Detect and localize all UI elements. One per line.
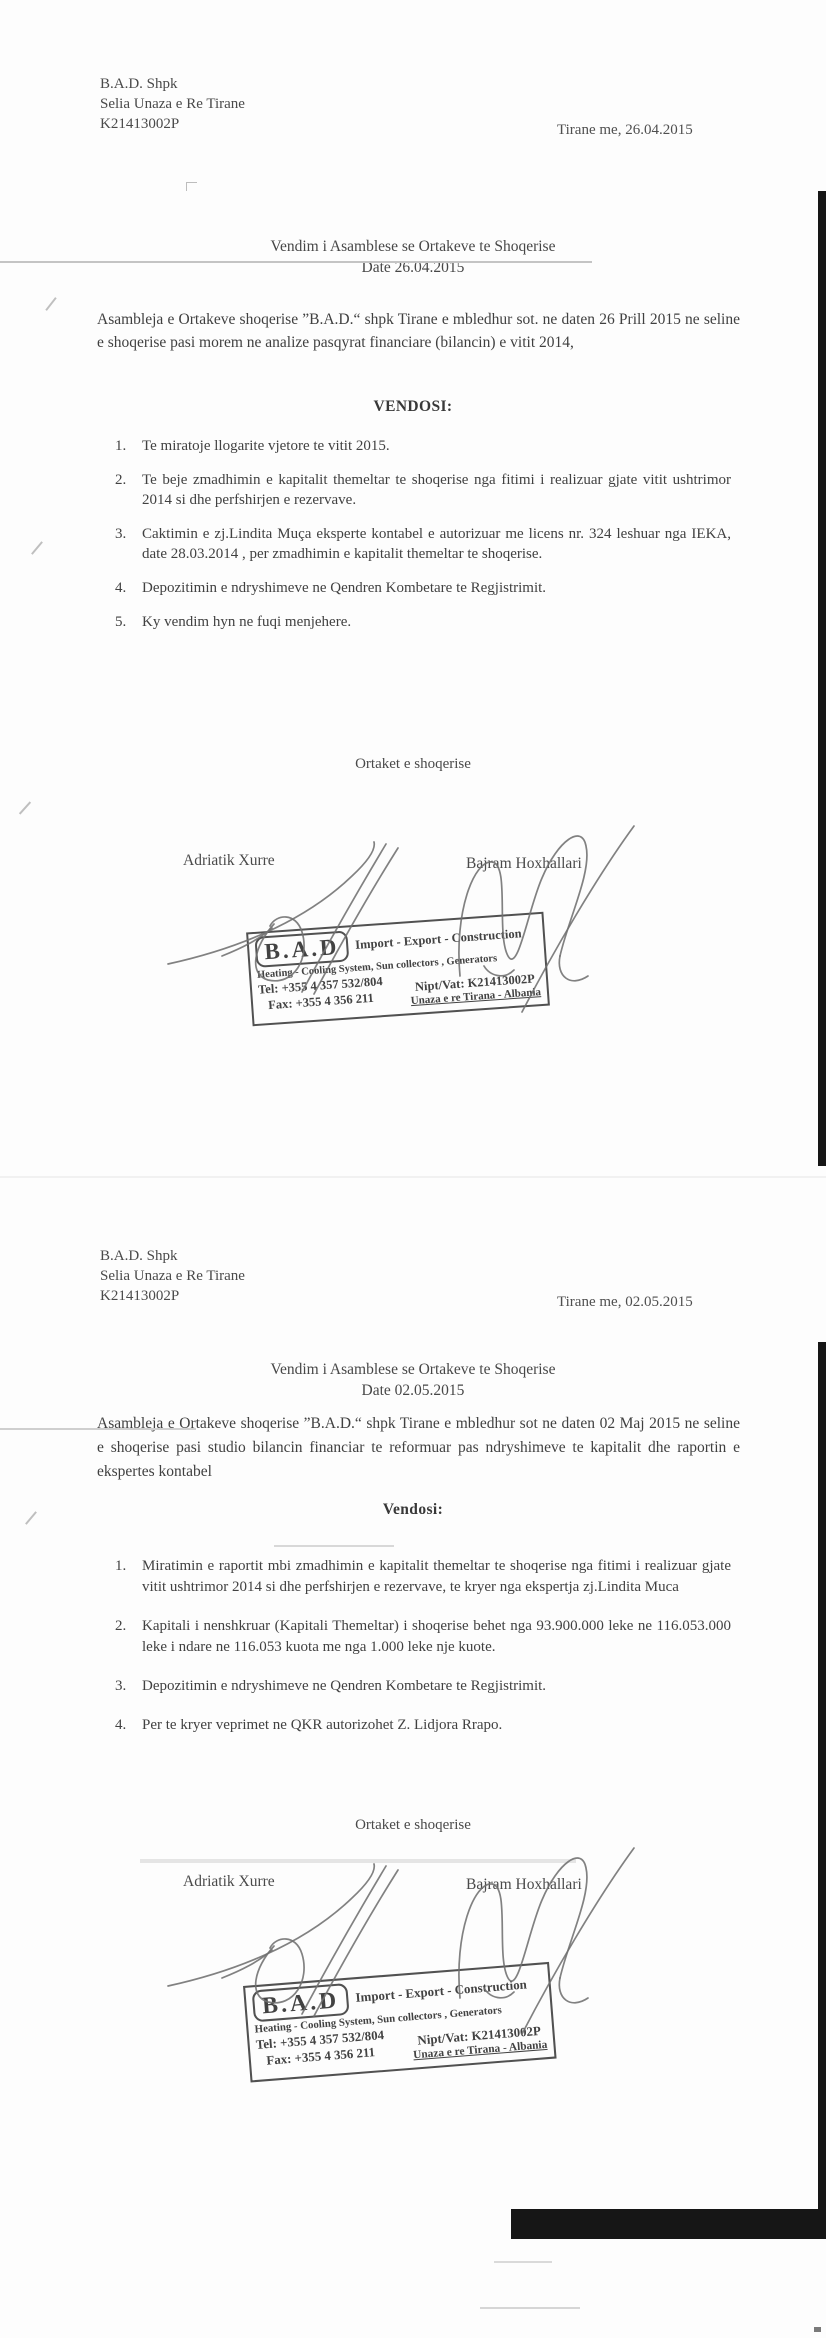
- item-text: Caktimin e zj.Lindita Muça eksperte kont…: [142, 524, 731, 564]
- item-number: 1.: [115, 436, 142, 456]
- scan-bottom-bar: [511, 2209, 826, 2239]
- list-item: 4. Per te kryer veprimet ne QKR autorizo…: [115, 1715, 731, 1736]
- closing-line: Ortaket e shoqerise: [43, 756, 783, 773]
- company-address: Selia Unaza e Re Tirane: [100, 94, 245, 114]
- doc-title: Vendim i Asamblese se Ortakeve te Shoqer…: [43, 236, 783, 278]
- scan-streak: [274, 1545, 394, 1547]
- company-address: Selia Unaza e Re Tirane: [100, 1266, 245, 1286]
- doc-title-line: Vendim i Asamblese se Ortakeve te Shoqer…: [43, 1359, 783, 1380]
- item-number: 5.: [115, 612, 142, 632]
- scan-streak: [0, 1428, 196, 1430]
- letterhead: B.A.D. Shpk Selia Unaza e Re Tirane K214…: [100, 74, 245, 134]
- scan-edge-strip: [818, 191, 826, 1166]
- doc-title: Vendim i Asamblese se Ortakeve te Shoqer…: [43, 1359, 783, 1401]
- company-name: B.A.D. Shpk: [100, 74, 245, 94]
- list-item: 5. Ky vendim hyn ne fuqi menjehere.: [115, 612, 731, 632]
- scan-streak: [480, 2307, 580, 2309]
- letterhead: B.A.D. Shpk Selia Unaza e Re Tirane K214…: [100, 1246, 245, 1306]
- scan-mark: [186, 182, 197, 191]
- scanned-document-page: B.A.D. Shpk Selia Unaza e Re Tirane K214…: [0, 0, 826, 2338]
- company-nipt: K21413002P: [100, 114, 245, 134]
- item-text: Te miratoje llogarite vjetore te vitit 2…: [142, 436, 731, 456]
- dateline: Tirane me, 26.04.2015: [557, 122, 693, 139]
- signature-icon: [430, 1838, 660, 2038]
- intro-paragraph: Asambleja e Ortakeve shoqerise ”B.A.D.“ …: [97, 1412, 740, 1484]
- item-text: Ky vendim hyn ne fuqi menjehere.: [142, 612, 731, 632]
- scan-mark: [19, 801, 31, 814]
- item-text: Miratimin e raportit mbi zmadhimin e kap…: [142, 1556, 731, 1598]
- signature-icon: [162, 824, 452, 999]
- item-number: 3.: [115, 1676, 142, 1697]
- signature-icon: [430, 816, 660, 1016]
- item-text: Kapitali i nenshkruar (Kapitali Themelta…: [142, 1616, 731, 1658]
- decision-heading: VENDOSI:: [43, 398, 783, 416]
- list-item: 3. Caktimin e zj.Lindita Muça eksperte k…: [115, 524, 731, 564]
- doc-title-date: Date 02.05.2015: [43, 1380, 783, 1401]
- item-number: 3.: [115, 524, 142, 564]
- scan-seam: [0, 1176, 826, 1178]
- closing-line: Ortaket e shoqerise: [43, 1817, 783, 1834]
- decision-heading: Vendosi:: [43, 1501, 783, 1519]
- list-item: 2. Te beje zmadhimin e kapitalit themelt…: [115, 470, 731, 510]
- decision-list: 1. Te miratoje llogarite vjetore te viti…: [115, 436, 731, 646]
- item-text: Te beje zmadhimin e kapitalit themeltar …: [142, 470, 731, 510]
- item-number: 2.: [115, 1616, 142, 1658]
- scan-mark: [31, 541, 43, 555]
- scan-edge-strip: [818, 1342, 826, 2238]
- intro-paragraph: Asambleja e Ortakeve shoqerise ”B.A.D.“ …: [97, 308, 740, 354]
- scan-mark: [25, 1511, 37, 1525]
- item-text: Depozitimin e ndryshimeve ne Qendren Kom…: [142, 1676, 731, 1697]
- item-number: 2.: [115, 470, 142, 510]
- item-text: Per te kryer veprimet ne QKR autorizohet…: [142, 1715, 731, 1736]
- item-text: Depozitimin e ndryshimeve ne Qendren Kom…: [142, 578, 731, 598]
- scan-streak: [0, 261, 592, 263]
- company-nipt: K21413002P: [100, 1286, 245, 1306]
- list-item: 3. Depozitimin e ndryshimeve ne Qendren …: [115, 1676, 731, 1697]
- signature-icon: [162, 1846, 452, 2021]
- scan-mark: [45, 297, 56, 311]
- list-item: 4. Depozitimin e ndryshimeve ne Qendren …: [115, 578, 731, 598]
- item-number: 4.: [115, 578, 142, 598]
- company-name: B.A.D. Shpk: [100, 1246, 245, 1266]
- item-number: 1.: [115, 1556, 142, 1598]
- scan-streak: [494, 2261, 552, 2263]
- list-item: 1. Te miratoje llogarite vjetore te viti…: [115, 436, 731, 456]
- doc-title-line: Vendim i Asamblese se Ortakeve te Shoqer…: [43, 236, 783, 257]
- list-item: 2. Kapitali i nenshkruar (Kapitali Theme…: [115, 1616, 731, 1658]
- decision-list: 1. Miratimin e raportit mbi zmadhimin e …: [115, 1556, 731, 1754]
- item-number: 4.: [115, 1715, 142, 1736]
- list-item: 1. Miratimin e raportit mbi zmadhimin e …: [115, 1556, 731, 1598]
- dateline: Tirane me, 02.05.2015: [557, 1294, 693, 1311]
- scan-mark: [814, 2327, 821, 2332]
